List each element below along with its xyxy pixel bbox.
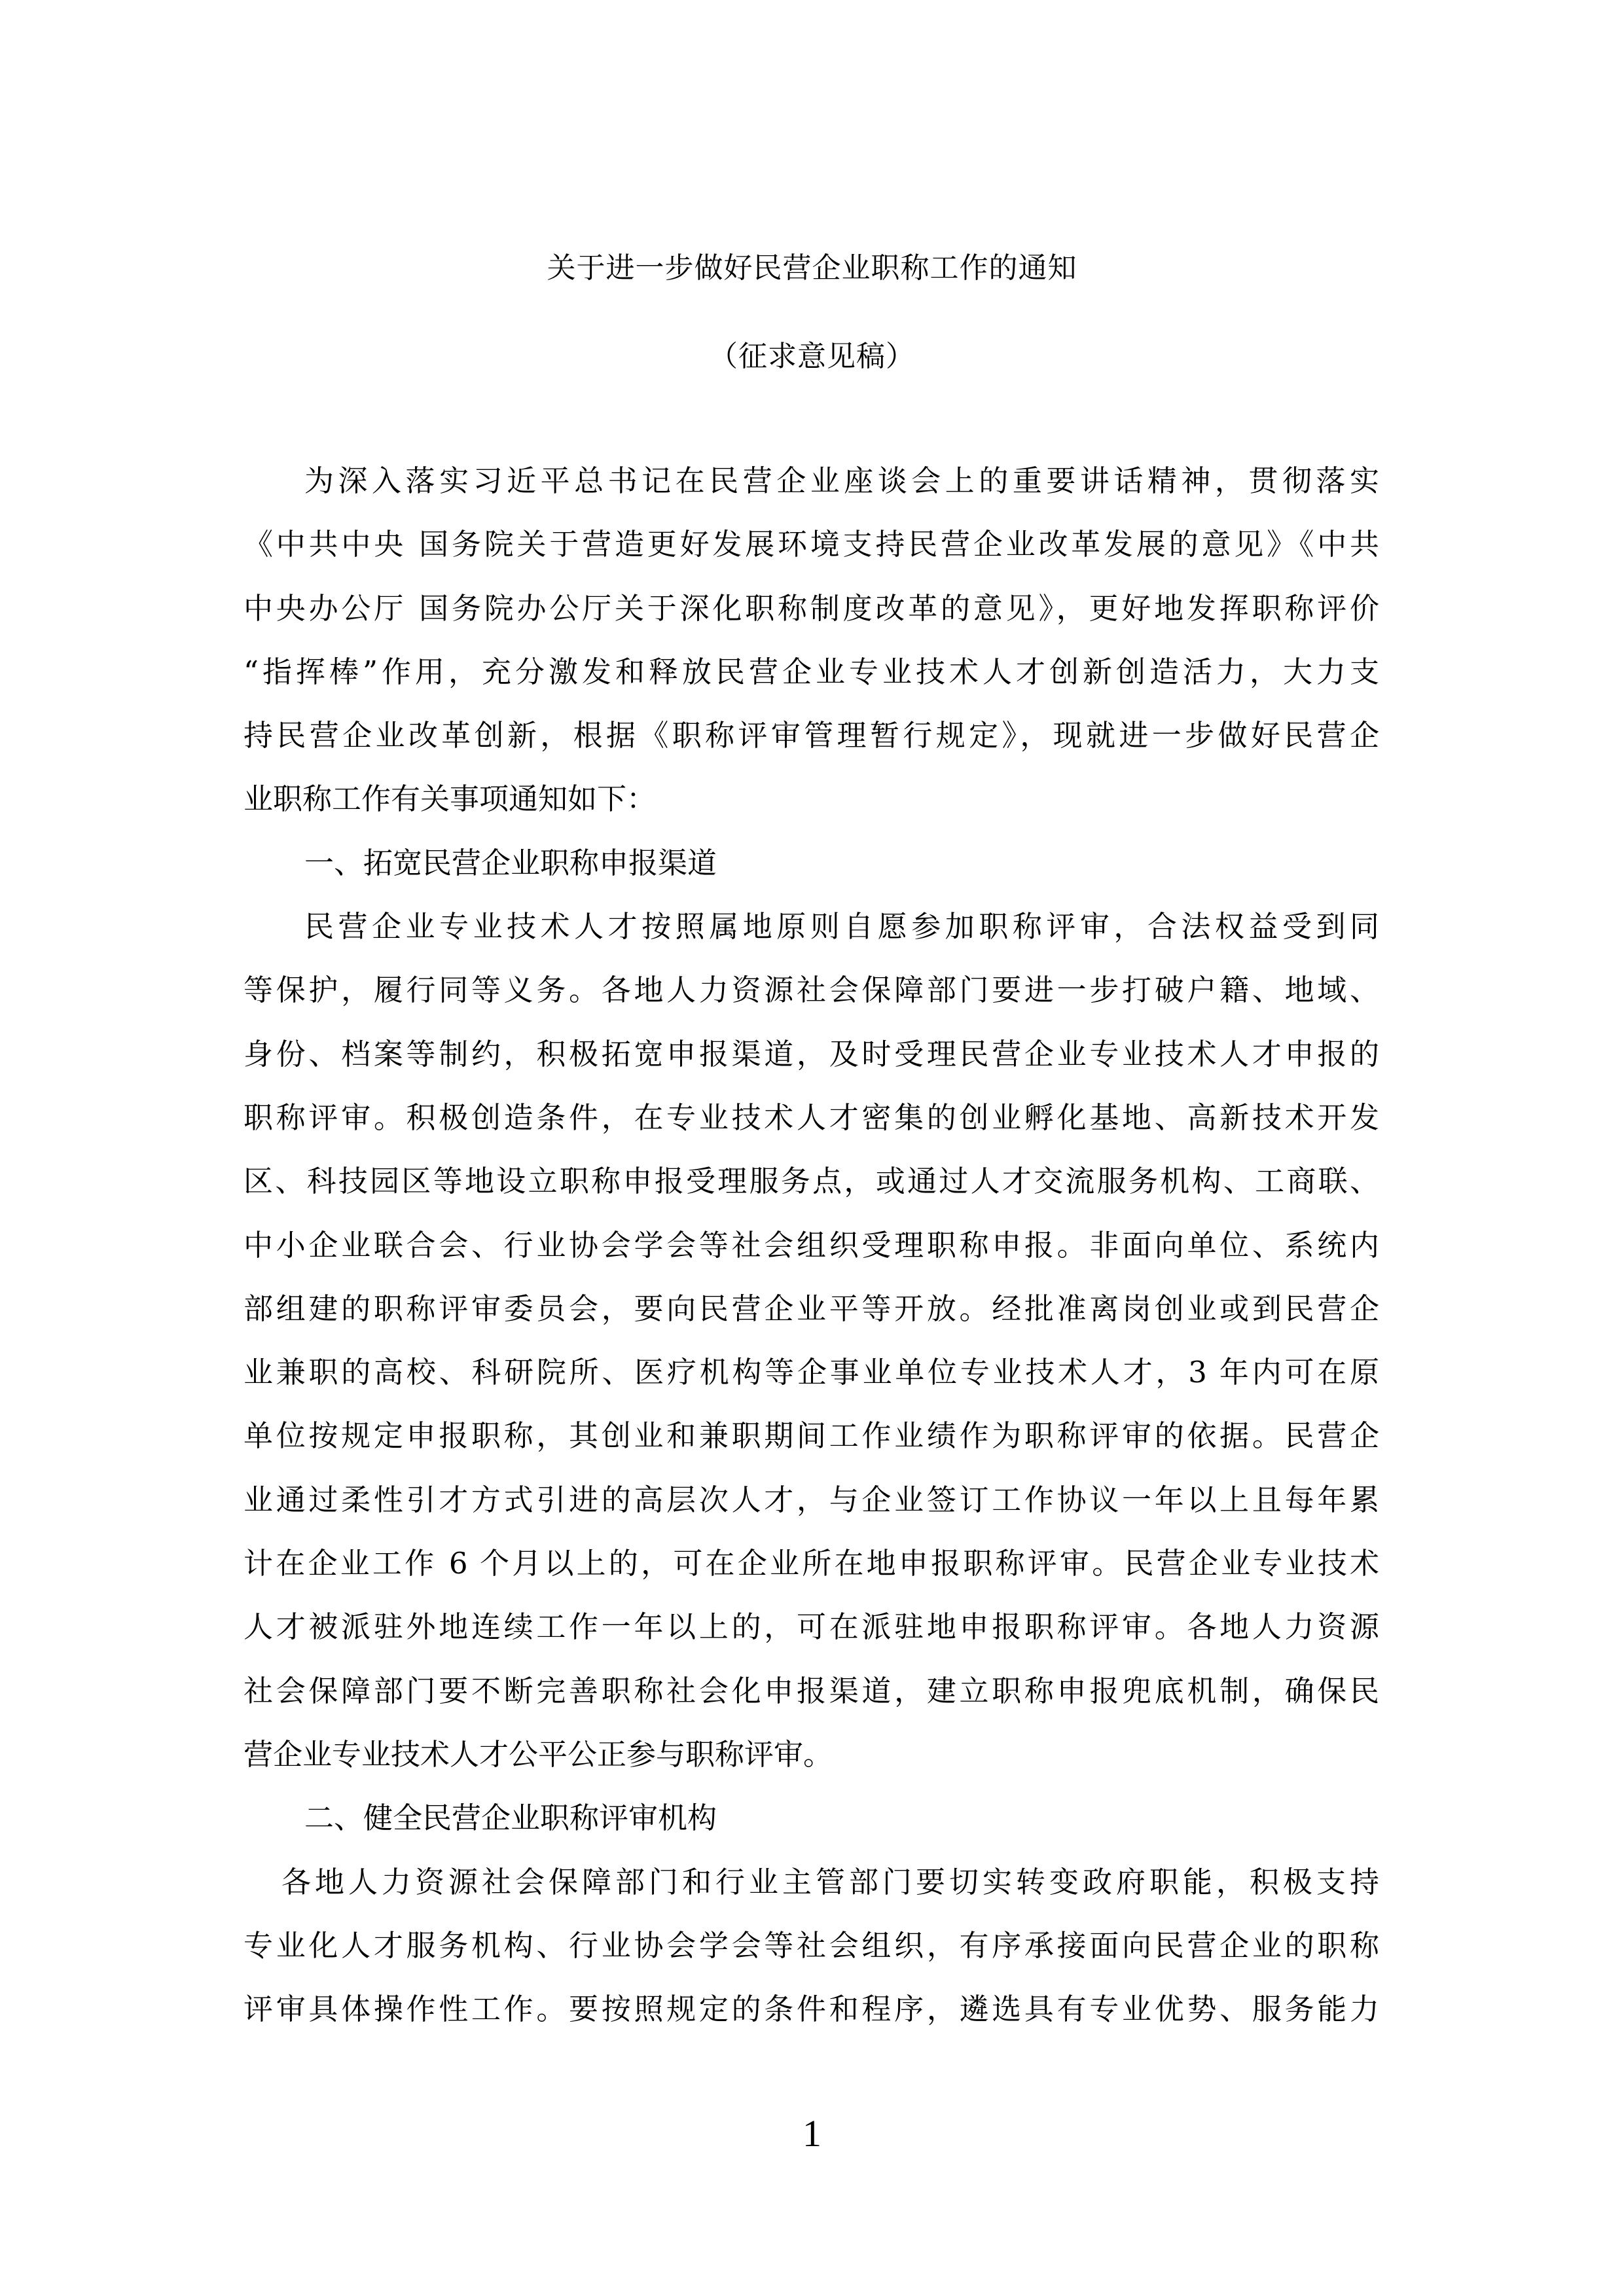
section-heading: 一、拓宽民营企业职称申报渠道 [244,840,1379,904]
body-text-line: 计在企业工作 6 个月以上的，可在企业所在地申报职称评审。民营企业专业技术 [244,1541,1379,1604]
body-text-line: 业通过柔性引才方式引进的高层次人才，与企业签订工作协议一年以上且每年累 [244,1477,1379,1541]
document-page: 关于进一步做好民营企业职称工作的通知 （征求意见稿） 为深入落实习近平总书记在民… [0,0,1624,2296]
body-text-line: 部组建的职称评审委员会，要向民营企业平等开放。经批准离岗创业或到民营企 [244,1286,1379,1350]
body-text-line: 身份、档案等制约，积极拓宽申报渠道，及时受理民营企业专业技术人才申报的 [244,1031,1379,1095]
body-text-line: 为深入落实习近平总书记在民营企业座谈会上的重要讲话精神，贯彻落实 [244,458,1379,522]
body-text-line: 区、科技园区等地设立职称申报受理服务点，或通过人才交流服务机构、工商联、 [244,1158,1379,1222]
body-text-line: 人才被派驻外地连续工作一年以上的，可在派驻地申报职称评审。各地人力资源 [244,1604,1379,1668]
document-title: 关于进一步做好民营企业职称工作的通知 [0,249,1624,288]
section-heading: 二、健全民营企业职称评审机构 [244,1795,1379,1859]
body-text-line: 《中共中央 国务院关于营造更好发展环境支持民营企业改革发展的意见》《中共 [244,522,1379,585]
body-text-line: 社会保障部门要不断完善职称社会化申报渠道，建立职称申报兜底机制，确保民 [244,1668,1379,1732]
page-number: 1 [0,2111,1624,2157]
body-text-line: 专业化人才服务机构、行业协会学会等社会组织，有序承接面向民营企业的职称 [244,1923,1379,1986]
body-text-line: 单位按规定申报职称，其创业和兼职期间工作业绩作为职称评审的依据。民营企 [244,1413,1379,1477]
body-text-line: 民营企业专业技术人才按照属地原则自愿参加职称评审，合法权益受到同 [244,904,1379,967]
body-text-line: 业兼职的高校、科研院所、医疗机构等企事业单位专业技术人才，3 年内可在原 [244,1350,1379,1413]
body-text-line: 等保护，履行同等义务。各地人力资源社会保障部门要进一步打破户籍、地域、 [244,967,1379,1031]
body-text-line: 职称评审。积极创造条件，在专业技术人才密集的创业孵化基地、高新技术开发 [244,1095,1379,1158]
body-text-line: “指挥棒”作用，充分激发和释放民营企业专业技术人才创新创造活力，大力支 [244,649,1379,713]
document-body: 为深入落实习近平总书记在民营企业座谈会上的重要讲话精神，贯彻落实《中共中央 国务… [244,458,1379,2050]
document-subtitle: （征求意见稿） [0,337,1624,376]
body-text-line: 中央办公厅 国务院办公厅关于深化职称制度改革的意见》，更好地发挥职称评价 [244,586,1379,649]
body-text-line: 中小企业联合会、行业协会学会等社会组织受理职称申报。非面向单位、系统内 [244,1223,1379,1286]
body-text-line: 持民营企业改革创新，根据《职称评审管理暂行规定》，现就进一步做好民营企 [244,713,1379,776]
body-text-line: 营企业专业技术人才公平公正参与职称评审。 [244,1732,1379,1795]
body-text-line: 业职称工作有关事项通知如下： [244,776,1379,840]
body-text-line: 评审具体操作性工作。要按照规定的条件和程序，遴选具有专业优势、服务能力 [244,1986,1379,2050]
body-text-line: 各地人力资源社会保障部门和行业主管部门要切实转变政府职能，积极支持 [244,1859,1379,1923]
